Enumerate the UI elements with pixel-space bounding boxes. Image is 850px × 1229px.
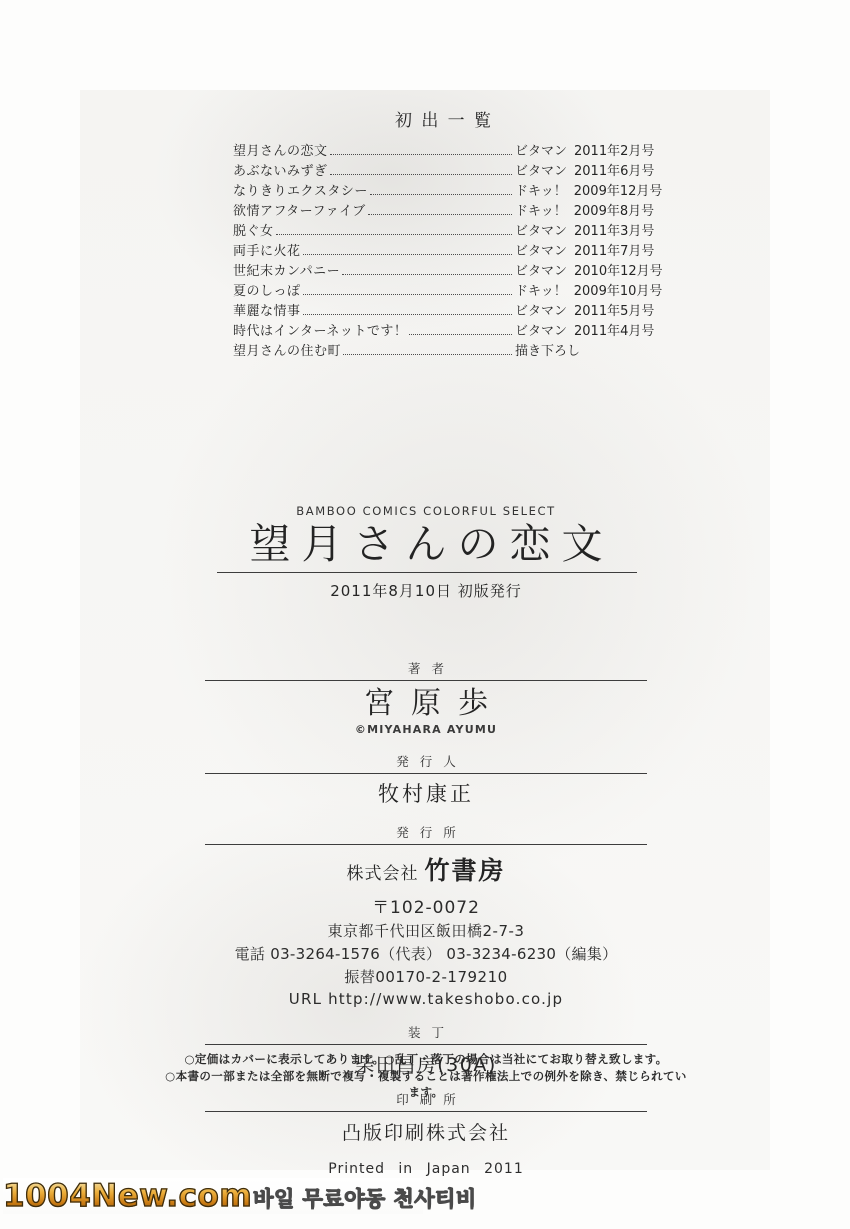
chapter-title: 時代はインターネットです！ <box>233 320 407 339</box>
fine-print: ○定価はカバーに表示してあります。○乱丁・落丁の場合は当社にてお取り替え致します… <box>165 1051 687 1101</box>
dotted-leader <box>370 194 512 195</box>
scanned-colophon-page: 初出一覧 望月さんの恋文 ビタマン2011年2月号 あぶないみずぎ ビタマン20… <box>0 0 850 1229</box>
issue-date: 2011年5月号 <box>574 300 654 319</box>
list-row: 華麗な情事 ビタマン2011年5月号 <box>233 300 653 320</box>
first-publication-list: 初出一覧 望月さんの恋文 ビタマン2011年2月号 あぶないみずぎ ビタマン20… <box>233 106 653 360</box>
copyright-credit: ©MIYAHARA AYUMU <box>205 723 647 736</box>
list-row: なりきりエクスタシー ドキッ！2009年12月号 <box>233 180 653 200</box>
magazine-name: ビタマン <box>515 320 567 339</box>
list-row: 世紀末カンパニー ビタマン2010年12月号 <box>233 260 653 280</box>
list-row: 時代はインターネットです！ ビタマン2011年4月号 <box>233 320 653 340</box>
watermark-korean-text: 바일 무료야동 천사티비 <box>253 1183 476 1213</box>
issue-date: 2011年6月号 <box>574 160 654 179</box>
company-prefix: 株式会社 <box>346 864 418 884</box>
author-name: 宮原歩 <box>205 687 647 720</box>
author-label: 著者 <box>205 659 647 681</box>
list-row: 両手に火花 ビタマン2011年7月号 <box>233 240 653 260</box>
issue-date: 2011年2月号 <box>574 140 654 159</box>
magazine-name: ビタマン <box>515 240 567 259</box>
printed-in-japan: Printed in Japan 2011 <box>205 1161 647 1177</box>
magazine-name: ビタマン <box>515 140 567 159</box>
publisher-phone: 電話 03-3264-1576（代表） 03-3234-6230（編集） <box>205 943 647 964</box>
postal-transfer-account: 振替00170-2-179210 <box>205 966 647 987</box>
watermark-site: 1004New.com <box>3 1178 252 1214</box>
magazine-name: ビタマン <box>515 160 567 179</box>
list-row: 夏のしっぽ ドキッ！2009年10月号 <box>233 280 653 300</box>
list-row: 望月さんの住む町 描き下ろし <box>233 340 653 360</box>
fine-print-line-2: ○本書の一部または全部を無断で複写・複製することは著作権法上での例外を除き、禁じ… <box>165 1068 687 1101</box>
publisher-address: 東京都千代田区飯田橋2-7-3 <box>205 920 647 941</box>
publisher-person-name: 牧村康正 <box>205 778 647 808</box>
chapter-title: 脱ぐ女 <box>233 220 274 239</box>
chapter-title: 世紀末カンパニー <box>233 260 340 279</box>
issue-date: 2009年8月号 <box>574 200 654 219</box>
company-name: 竹書房 <box>424 856 505 885</box>
series-imprint: BAMBOO COMICS COLORFUL SELECT <box>205 504 647 518</box>
publisher-company: 株式会社竹書房 <box>205 851 647 887</box>
design-label: 装丁 <box>205 1023 647 1045</box>
issue-date: 2010年12月号 <box>574 260 663 279</box>
magazine-name: ドキッ！ <box>515 180 567 199</box>
list-heading: 初出一覧 <box>233 106 653 131</box>
magazine-name: ビタマン <box>515 220 567 239</box>
dotted-leader <box>276 234 512 235</box>
fine-print-line-1: ○定価はカバーに表示してあります。○乱丁・落丁の場合は当社にてお取り替え致します… <box>165 1051 687 1068</box>
magazine-name: 描き下ろし <box>515 340 580 359</box>
issue-date: 2011年4月号 <box>574 320 654 339</box>
dotted-leader <box>342 274 512 275</box>
issue-date: 2009年10月号 <box>574 280 663 299</box>
magazine-name: ビタマン <box>515 260 567 279</box>
chapter-title: 望月さんの恋文 <box>233 140 328 159</box>
chapter-title: 欲情アフターファイブ <box>233 200 366 219</box>
dotted-leader <box>343 354 512 355</box>
chapter-title: あぶないみずぎ <box>233 160 328 179</box>
chapter-title: なりきりエクスタシー <box>233 180 368 199</box>
dotted-leader <box>330 174 512 175</box>
dotted-leader <box>303 294 512 295</box>
publisher-person-label: 発行人 <box>205 752 647 774</box>
dotted-leader <box>330 154 512 155</box>
issue-date: 2011年3月号 <box>574 220 654 239</box>
issue-date: 2011年7月号 <box>574 240 654 259</box>
postal-code: 〒102-0072 <box>205 893 647 918</box>
publisher-label: 発行所 <box>205 823 647 845</box>
list-row: 脱ぐ女 ビタマン2011年3月号 <box>233 220 653 240</box>
list-row: 望月さんの恋文 ビタマン2011年2月号 <box>233 140 653 160</box>
dotted-leader <box>409 334 512 335</box>
edition-date: 2011年8月10日 初版発行 <box>205 580 647 601</box>
magazine-name: ビタマン <box>515 300 567 319</box>
magazine-name: ドキッ！ <box>515 200 567 219</box>
chapter-title: 華麗な情事 <box>233 300 301 319</box>
list-row: あぶないみずぎ ビタマン2011年6月号 <box>233 160 653 180</box>
book-title: 望月さんの恋文 <box>205 522 647 567</box>
printer-name: 凸版印刷株式会社 <box>205 1118 647 1145</box>
chapter-title: 望月さんの住む町 <box>233 340 341 359</box>
chapter-title: 両手に火花 <box>233 240 301 259</box>
title-rule <box>217 572 637 573</box>
list-row: 欲情アフターファイブ ドキッ！2009年8月号 <box>233 200 653 220</box>
watermark: 1004New.com바일 무료야동 천사티비 <box>3 1178 423 1214</box>
magazine-name: ドキッ！ <box>515 280 567 299</box>
dotted-leader <box>303 314 512 315</box>
chapter-title: 夏のしっぽ <box>233 280 301 299</box>
issue-date: 2009年12月号 <box>574 180 663 199</box>
dotted-leader <box>303 254 512 255</box>
publisher-url: URL http://www.takeshobo.co.jp <box>205 990 647 1008</box>
dotted-leader <box>368 214 512 215</box>
